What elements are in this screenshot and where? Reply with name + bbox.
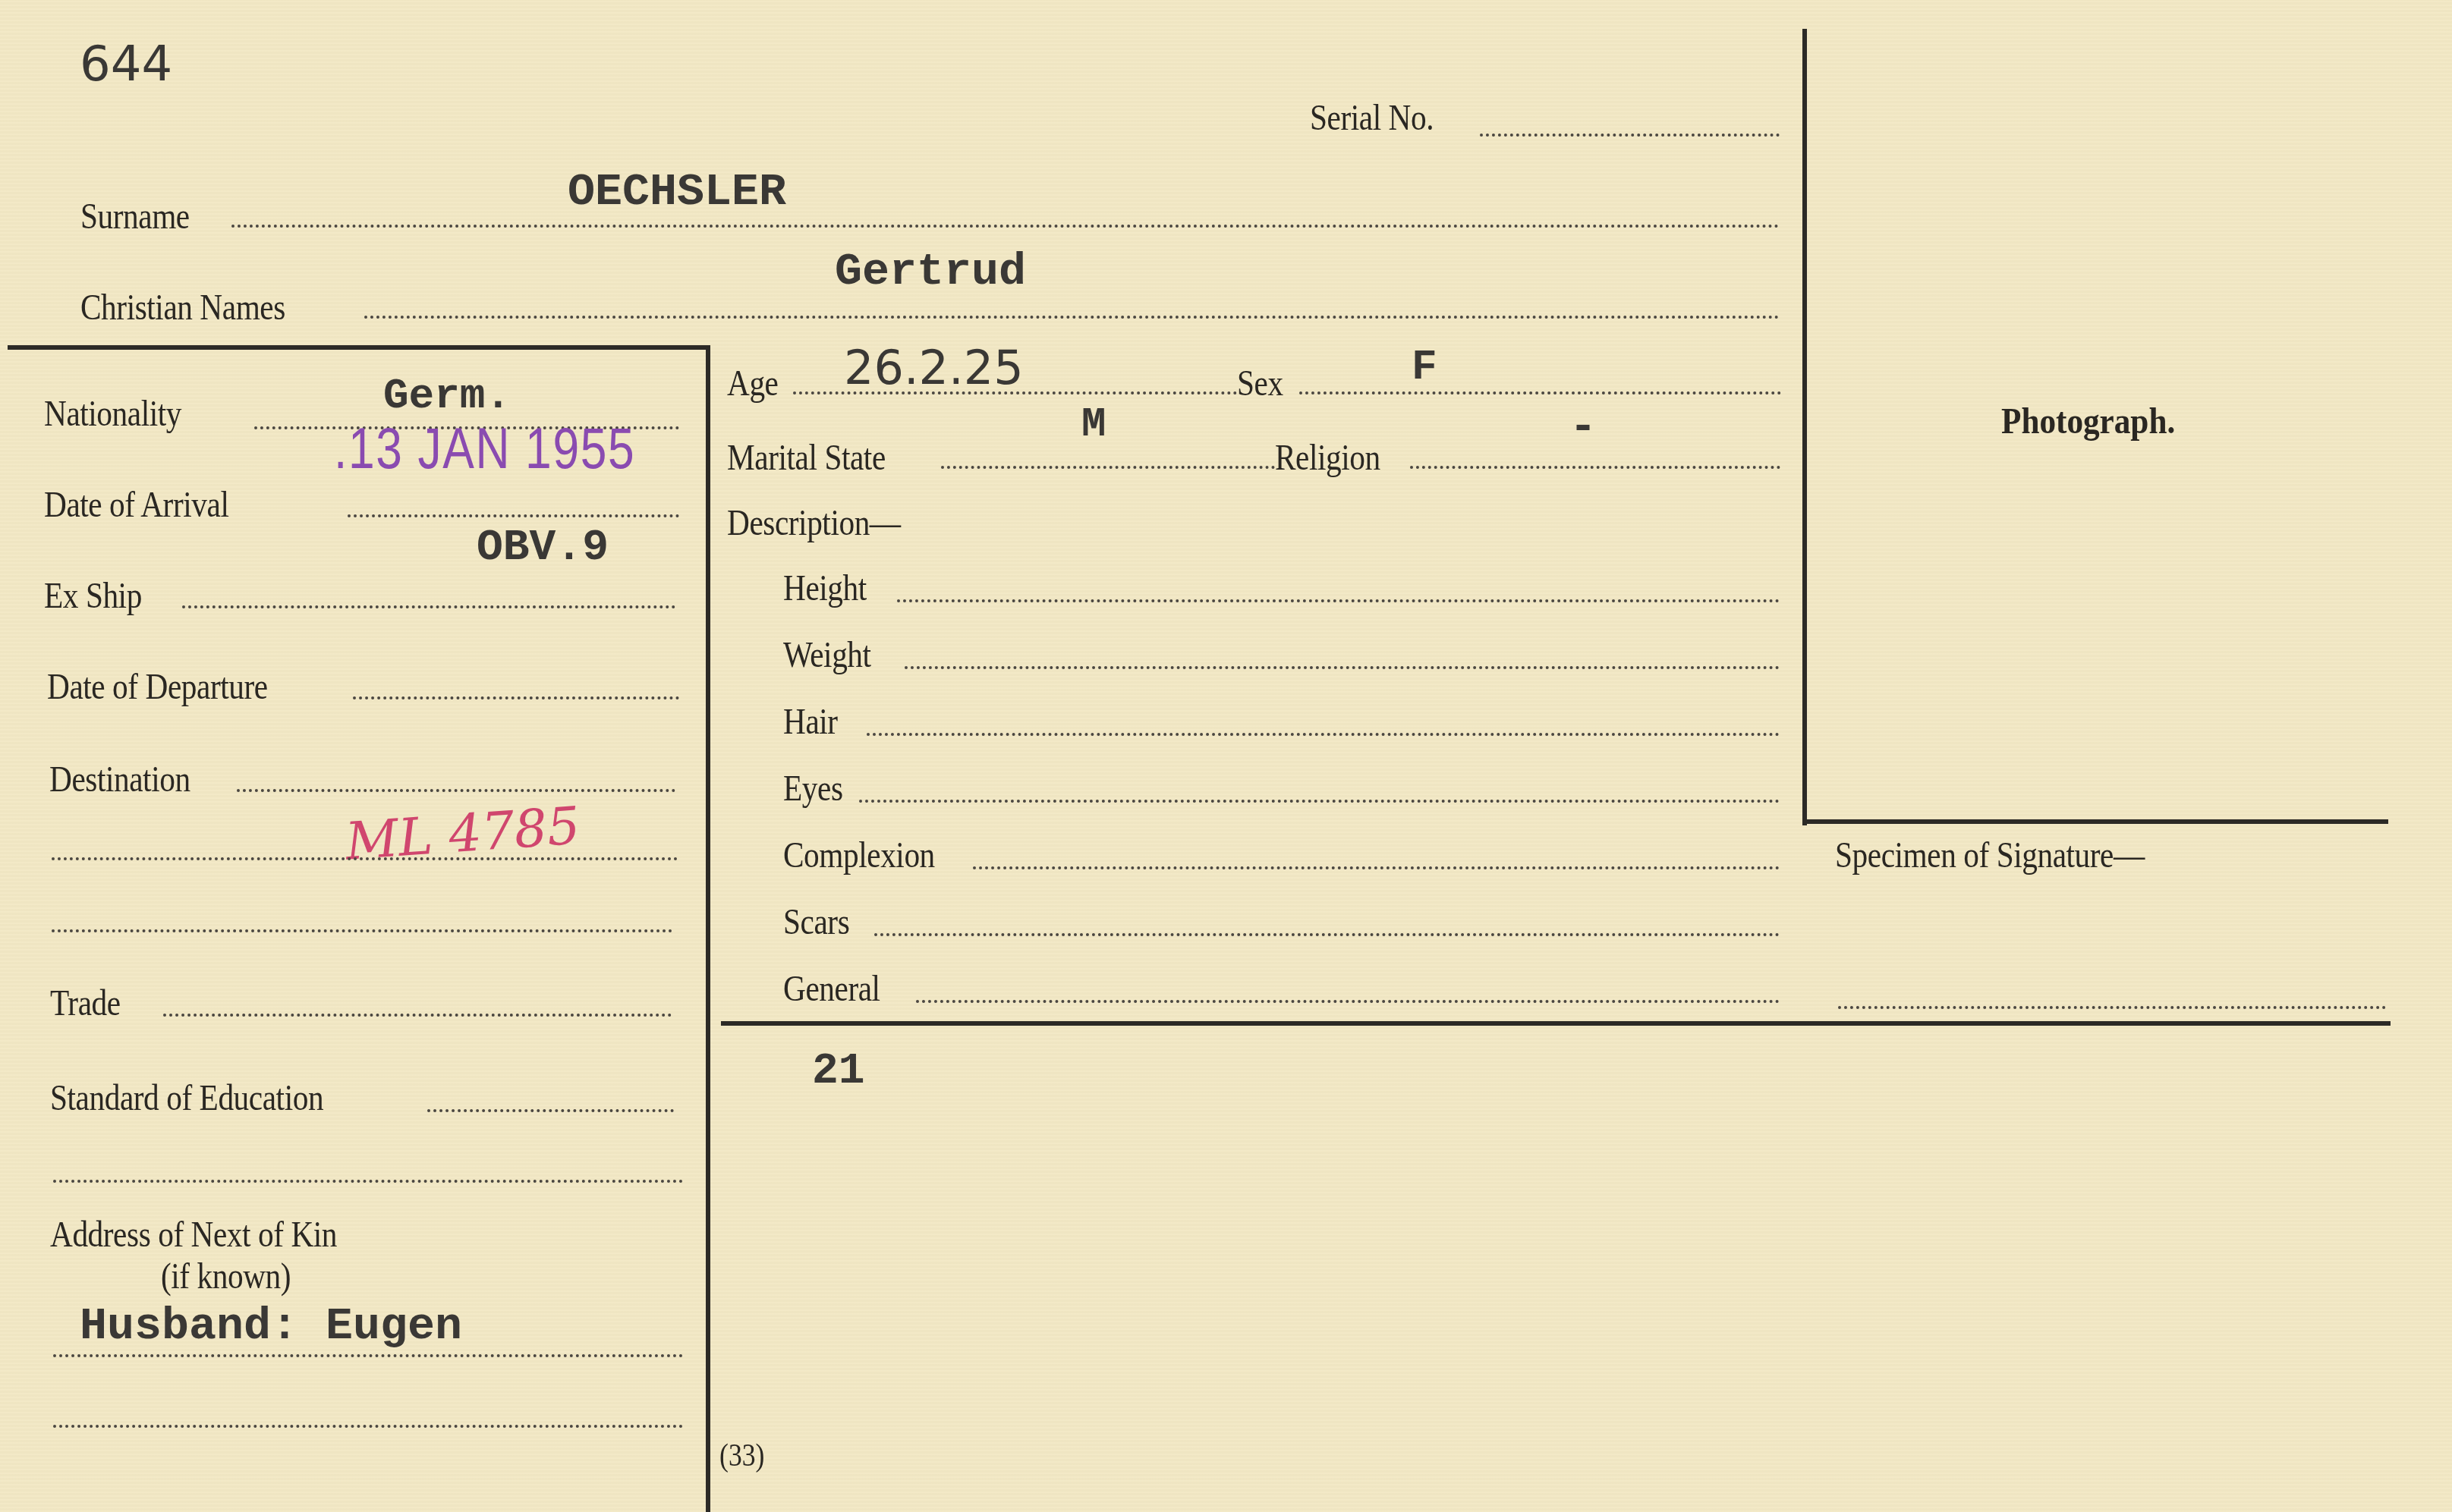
description-hair-field[interactable]	[867, 733, 1780, 736]
description-weight-field[interactable]	[905, 666, 1780, 669]
note-value: 21	[812, 1047, 865, 1096]
description-scars-label: Scars	[783, 901, 849, 943]
description-height-field[interactable]	[897, 599, 1780, 602]
ex-ship-value: OBV.9	[477, 523, 609, 573]
description-bottom-rule	[721, 1021, 2391, 1026]
date-of-arrival-label: Date of Arrival	[44, 484, 228, 526]
ex-ship-field[interactable]	[182, 605, 675, 608]
destination-field[interactable]	[237, 789, 675, 792]
next-of-kin-field[interactable]	[53, 1354, 683, 1357]
trade-field[interactable]	[163, 1014, 672, 1017]
trade-label: Trade	[50, 982, 121, 1024]
destination-field-line-2[interactable]	[52, 857, 678, 860]
destination-handwritten-note: ML 4785	[344, 796, 582, 872]
description-general-label: General	[783, 968, 880, 1010]
nationality-value: Germ.	[383, 372, 511, 420]
religion-value: -	[1569, 402, 1597, 454]
religion-label: Religion	[1275, 437, 1380, 479]
surname-label: Surname	[80, 196, 190, 237]
left-panel-top-rule	[8, 345, 710, 350]
marital-state-value: M	[1081, 402, 1106, 448]
education-label: Standard of Education	[50, 1077, 323, 1119]
christian-names-value: Gertrud	[835, 247, 1026, 298]
date-of-departure-field[interactable]	[353, 696, 679, 699]
date-of-departure-label: Date of Departure	[47, 666, 268, 708]
sex-value: F	[1412, 343, 1437, 391]
photo-box-left-rule	[1802, 29, 1807, 825]
description-label: Description—	[727, 502, 901, 544]
form-number: (33)	[719, 1438, 764, 1474]
date-of-arrival-field[interactable]	[348, 514, 679, 517]
description-hair-label: Hair	[783, 701, 838, 743]
education-field-line-2[interactable]	[53, 1180, 683, 1183]
left-panel-divider	[706, 345, 710, 1512]
description-complexion-field[interactable]	[973, 866, 1780, 869]
sex-field[interactable]	[1299, 391, 1781, 395]
card-number: 644	[80, 36, 172, 93]
nationality-label: Nationality	[44, 393, 181, 435]
sex-label: Sex	[1237, 363, 1283, 404]
next-of-kin-field-line-2[interactable]	[53, 1425, 683, 1428]
signature-label: Specimen of Signature—	[1835, 835, 2145, 876]
serial-label: Serial No.	[1310, 97, 1434, 139]
photograph-area	[1810, 30, 2387, 816]
description-scars-field[interactable]	[874, 933, 1780, 936]
next-of-kin-label: Address of Next of Kin	[50, 1214, 337, 1256]
next-of-kin-value: Husband: Eugen	[80, 1301, 462, 1353]
surname-value: OECHSLER	[568, 167, 786, 218]
christian-names-field[interactable]	[364, 316, 1780, 319]
next-of-kin-sublabel: (if known)	[161, 1256, 291, 1297]
description-complexion-label: Complexion	[783, 835, 935, 876]
marital-state-label: Marital State	[727, 437, 886, 479]
religion-field[interactable]	[1410, 466, 1780, 469]
marital-state-field[interactable]	[941, 466, 1275, 469]
description-eyes-field[interactable]	[859, 800, 1780, 803]
photo-box-bottom-rule	[1802, 819, 2388, 824]
surname-field[interactable]	[231, 225, 1780, 228]
ex-ship-label: Ex Ship	[44, 575, 142, 617]
alien-registration-card: 644 Serial No. Surname OECHSLER Christia…	[0, 0, 2452, 1512]
description-eyes-label: Eyes	[783, 768, 843, 809]
age-value: 26.2.25	[844, 340, 1024, 395]
destination-label: Destination	[49, 759, 190, 800]
christian-names-label: Christian Names	[80, 287, 285, 328]
description-height-label: Height	[783, 567, 867, 609]
education-field[interactable]	[427, 1109, 674, 1112]
description-general-field[interactable]	[916, 1000, 1780, 1003]
age-label: Age	[727, 363, 778, 404]
destination-field-line-3[interactable]	[52, 929, 672, 932]
serial-field[interactable]	[1480, 134, 1780, 137]
signature-field[interactable]	[1838, 1006, 2386, 1009]
arrival-date-stamp: .13 JAN 1955	[334, 416, 635, 482]
description-weight-label: Weight	[783, 634, 871, 676]
